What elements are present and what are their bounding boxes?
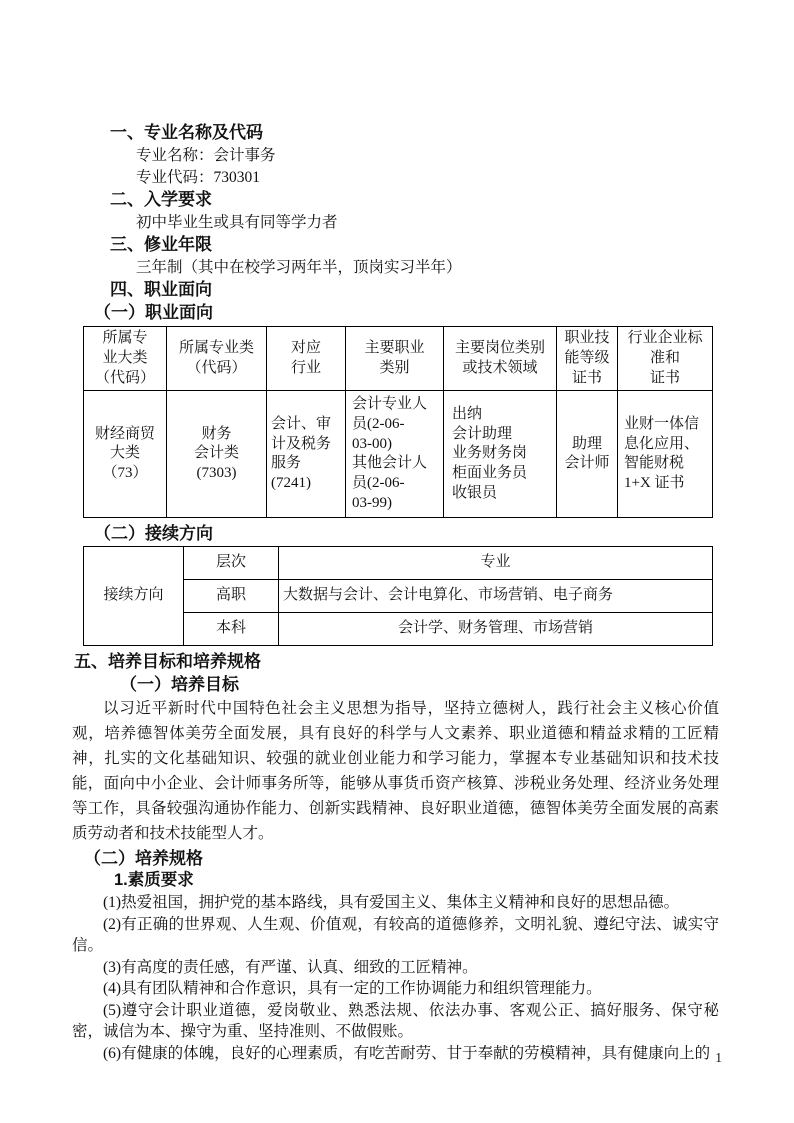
career-cell-skill-cert: 助理 会计师 <box>557 391 618 518</box>
career-cell-occupation: 会计专业人 员(2-06- 03-00) 其他会计人 员(2-06- 03-99… <box>346 391 444 518</box>
quality-item-6: (6)有健康的体魄，良好的心理素质，有吃苦耐劳、甘于奉献的劳模精神，具有健康向上… <box>72 1043 719 1065</box>
continuation-table: 接续方向 层次 专业 高职 大数据与会计、会计电算化、市场营销、电子商务 本科 … <box>83 546 713 646</box>
section-5-heading: 五、培养目标和培养规格 <box>74 651 719 673</box>
continuation-majors-gaozhi: 大数据与会计、会计电算化、市场营销、电子商务 <box>279 580 713 613</box>
career-header-occupation: 主要职业 类别 <box>346 327 444 391</box>
career-table-data-row: 财经商贸 大类 （73） 财务 会计类 (7303) 会计、审 计及税务 服务 … <box>84 391 713 518</box>
career-cell-industry-cert: 业财一体信 息化应用、 智能财税 1+X 证书 <box>618 391 713 518</box>
major-code-line: 专业代码：730301 <box>136 167 719 189</box>
continuation-major-header: 专业 <box>279 547 713 580</box>
career-cell-major-category: 财经商贸 大类 （73） <box>84 391 167 518</box>
quality-item-3: (3)有高度的责任感，有严谨、认真、细致的工匠精神。 <box>72 957 719 979</box>
section-5-sub2-heading: （二）培养规格 <box>84 848 719 869</box>
study-duration-line: 三年制（其中在校学习两年半，顶岗实习半年） <box>136 257 719 279</box>
career-cell-major-class: 财务 会计类 (7303) <box>167 391 267 518</box>
career-header-industry-cert: 行业企业标 准和 证书 <box>618 327 713 391</box>
section-4-sub1-heading: （一）职业面向 <box>94 302 719 323</box>
career-header-industry: 对应 行业 <box>267 327 346 391</box>
career-cell-industry: 会计、审 计及税务 服务 (7241) <box>267 391 346 518</box>
continuation-level-benke: 本科 <box>184 613 279 646</box>
career-header-post-type: 主要岗位类别 或技术领域 <box>444 327 557 391</box>
section-2-heading: 二、入学要求 <box>110 189 719 211</box>
document-page: 一、专业名称及代码 专业名称：会计事务 专业代码：730301 二、入学要求 初… <box>0 0 794 1123</box>
section-5-sub1-heading: （一）培养目标 <box>120 674 719 695</box>
continuation-level-gaozhi: 高职 <box>184 580 279 613</box>
continuation-label-cell: 接续方向 <box>84 547 184 646</box>
major-name-line: 专业名称：会计事务 <box>136 145 719 167</box>
career-header-skill-cert: 职业技 能等级 证书 <box>557 327 618 391</box>
continuation-majors-benke: 会计学、财务管理、市场营销 <box>279 613 713 646</box>
quality-item-2: (2)有正确的世界观、人生观、价值观，有较高的道德修养，文明礼貌、遵纪守法、诚实… <box>72 914 719 957</box>
continuation-level-header: 层次 <box>184 547 279 580</box>
career-table-header-row: 所属专 业大类 （代码） 所属专业类 （代码） 对应 行业 主要职业 类别 主要… <box>84 327 713 391</box>
section-4-heading: 四、职业面向 <box>110 279 719 301</box>
quality-requirements-heading: 1.素质要求 <box>114 870 719 891</box>
quality-item-5: (5)遵守会计职业道德，爱岗敬业、熟悉法规、依法办事、客观公正、搞好服务、保守秘… <box>72 1000 719 1043</box>
career-header-major-class: 所属专业类 （代码） <box>167 327 267 391</box>
career-cell-post-type: 出纳 会计助理 业务财务岗 柜面业务员 收银员 <box>444 391 557 518</box>
quality-item-4: (4)具有团队精神和合作意识，具有一定的工作协调能力和组织管理能力。 <box>72 978 719 1000</box>
training-objective-paragraph: 以习近平新时代中国特色社会主义思想为指导，坚持立德树人，践行社会主义核心价值观，… <box>72 696 719 846</box>
career-table: 所属专 业大类 （代码） 所属专业类 （代码） 对应 行业 主要职业 类别 主要… <box>83 326 713 518</box>
page-number: 1 <box>715 1050 722 1066</box>
quality-item-1: (1)热爱祖国，拥护党的基本路线，具有爱国主义、集体主义精神和良好的思想品德。 <box>72 892 719 914</box>
entry-requirement-line: 初中毕业生或具有同等学力者 <box>136 212 719 234</box>
continuation-header-row: 接续方向 层次 专业 <box>84 547 713 580</box>
section-1-heading: 一、专业名称及代码 <box>110 122 719 144</box>
section-3-heading: 三、修业年限 <box>110 234 719 256</box>
career-header-major-category: 所属专 业大类 （代码） <box>84 327 167 391</box>
section-4-sub2-heading: （二）接续方向 <box>94 523 719 544</box>
